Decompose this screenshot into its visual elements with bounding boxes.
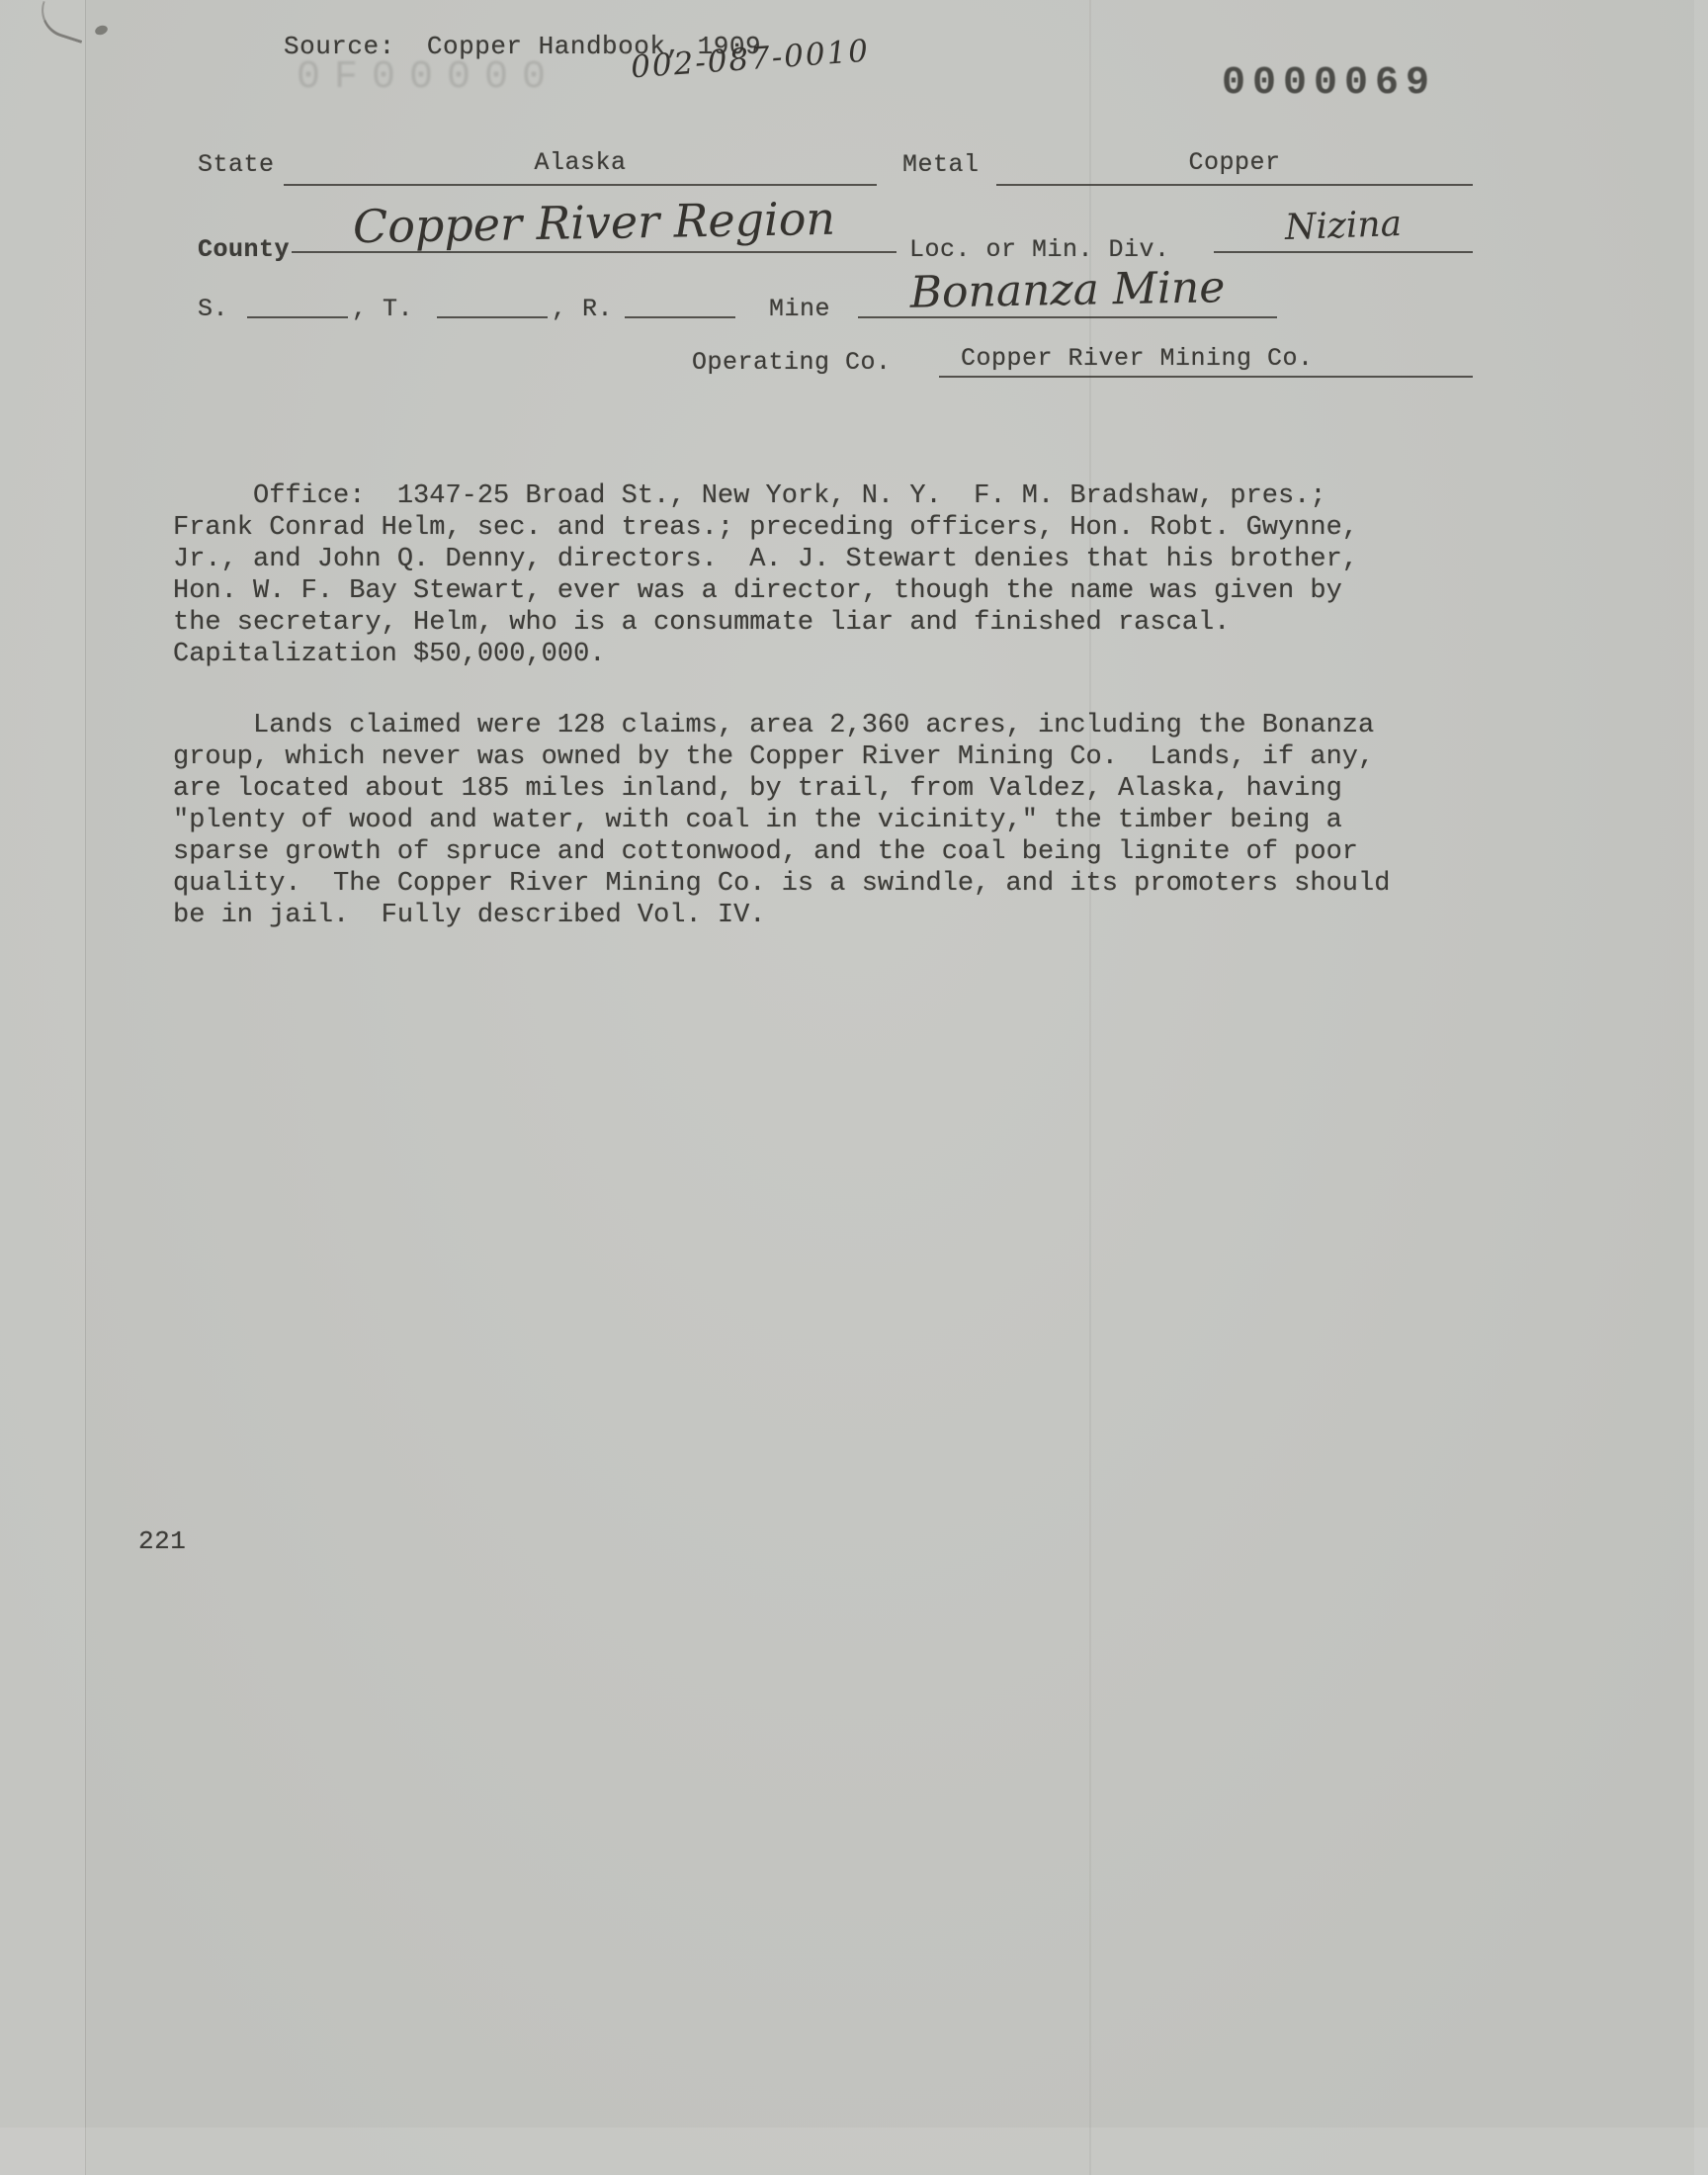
mine-value-handwritten: Bonanza Mine: [858, 261, 1278, 318]
stamp-number: 0000069: [1222, 61, 1436, 106]
township-underline: [437, 316, 548, 318]
range-underline: [625, 316, 735, 318]
loc-div-value-handwritten: Nizina: [1213, 201, 1473, 250]
state-value: Alaska: [284, 148, 877, 177]
operating-co-underline: [939, 376, 1473, 378]
mine-label: Mine: [769, 295, 830, 323]
scan-fold-line: [1089, 0, 1091, 2175]
loc-div-underline: [1214, 251, 1473, 253]
county-value-handwritten: Copper River Region: [292, 191, 897, 255]
scanned-document-page: Source: Copper Handbook, 1909 0F00000 00…: [0, 0, 1708, 2175]
state-label: State: [198, 150, 275, 179]
scan-edge-right: [1694, 0, 1708, 2175]
state-underline: [284, 184, 877, 186]
county-label: County: [198, 235, 290, 264]
paragraph-office: Office: 1347-25 Broad St., New York, N. …: [173, 480, 1497, 670]
pen-dot: [94, 24, 109, 37]
paragraph-lands: Lands claimed were 128 claims, area 2,36…: [173, 710, 1497, 931]
metal-underline: [996, 184, 1473, 186]
township-label: , T.: [352, 295, 413, 323]
metal-label: Metal: [902, 150, 980, 179]
section-underline: [247, 316, 348, 318]
scan-edge-left: [0, 0, 86, 2175]
section-label: S.: [198, 295, 228, 323]
range-label: , R.: [552, 295, 613, 323]
operating-co-label: Operating Co.: [692, 348, 892, 377]
operating-co-value: Copper River Mining Co.: [961, 344, 1314, 373]
loc-div-label: Loc. or Min. Div.: [909, 235, 1170, 264]
page-number: 221: [138, 1526, 186, 1556]
faded-stamp-number: 0F00000: [297, 55, 559, 100]
metal-value: Copper: [996, 148, 1473, 177]
scan-edge-bottom: [0, 2128, 1708, 2175]
